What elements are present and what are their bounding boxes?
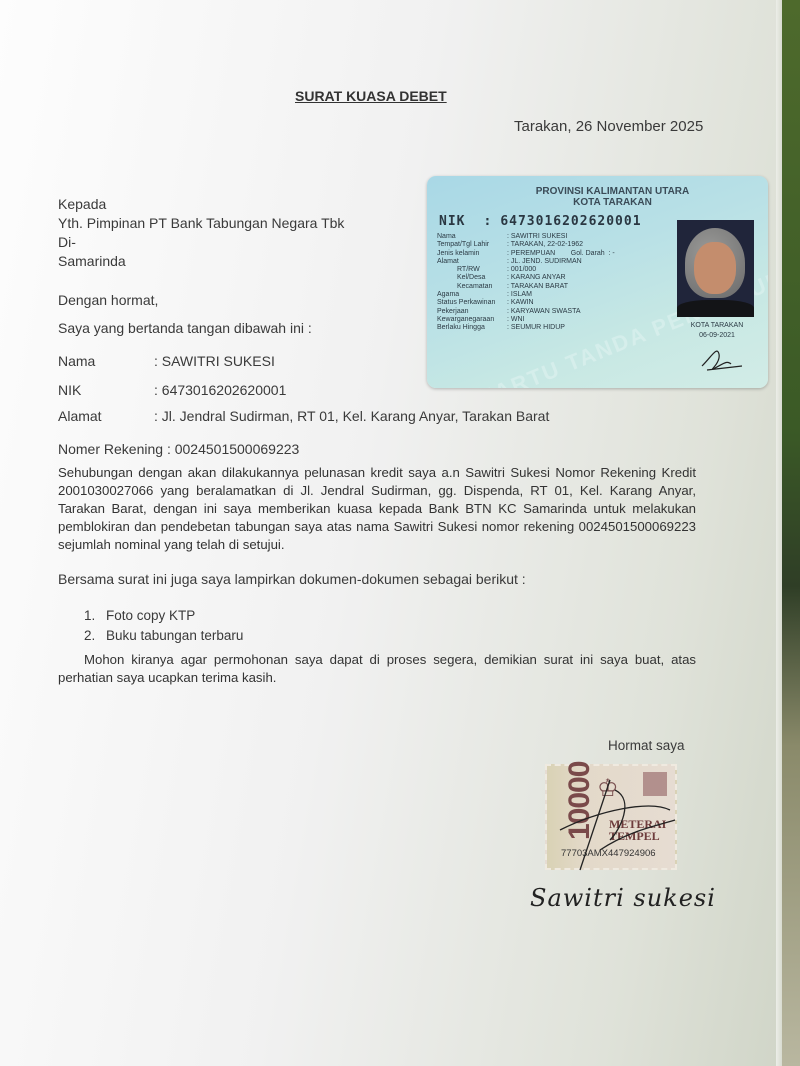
field-row-alamat: Alamat: Jl. Jendral Sudirman, RT 01, Kel… — [58, 408, 549, 424]
field-label: Nomer Rekening — [58, 441, 163, 457]
recipient-block: Kepada Yth. Pimpinan PT Bank Tabungan Ne… — [58, 195, 344, 271]
handwritten-signature: Sawitri sukesi — [530, 884, 716, 912]
signature-scribble-icon — [540, 770, 690, 880]
intro-line: Saya yang bertanda tangan dibawah ini : — [58, 320, 312, 336]
greeting: Dengan hormat, — [58, 292, 158, 308]
ktp-signature-icon — [697, 346, 747, 376]
ktp-field: Status Perkawinan: KAWIN — [437, 299, 615, 307]
field-value: : Jl. Jendral Sudirman, RT 01, Kel. Kara… — [154, 408, 549, 424]
ktp-header: PROVINSI KALIMANTAN UTARA KOTA TARAKAN — [427, 186, 768, 208]
ktp-field: Kecamatan: TARAKAN BARAT — [437, 283, 615, 291]
field-row-rekening: Nomer Rekening : 0024501500069223 — [58, 441, 299, 457]
ktp-field: Tempat/Tgl Lahir: TARAKAN, 22-02-1962 — [437, 241, 615, 249]
body-paragraph: Sehubungan dengan akan dilakukannya pelu… — [58, 464, 696, 554]
letter-title: SURAT KUASA DEBET — [295, 88, 447, 104]
field-row-nama: Nama: SAWITRI SUKESI — [58, 353, 275, 369]
id-card-ktp: KARTU TANDA PENDUDUK PROVINSI KALIMANTAN… — [427, 176, 768, 388]
recipient-line: Di- — [58, 233, 344, 252]
field-row-nik: NIK: 6473016202620001 — [58, 382, 286, 398]
field-label: NIK — [58, 382, 154, 398]
field-value: : 6473016202620001 — [154, 382, 286, 398]
ktp-field: Agama: ISLAM — [437, 291, 615, 299]
ktp-photo — [677, 220, 754, 317]
field-label: Nama — [58, 353, 154, 369]
background-surface — [780, 0, 800, 1066]
ktp-field: Nama: SAWITRI SUKESI — [437, 233, 615, 241]
letter-date: Tarakan, 26 November 2025 — [514, 118, 703, 135]
ktp-field: Jenis kelamin: PEREMPUAN Gol. Darah : - — [437, 250, 615, 258]
ktp-field: Kewarganegaraan: WNI — [437, 316, 615, 324]
ktp-field: Pekerjaan: KARYAWAN SWASTA — [437, 308, 615, 316]
ktp-field: Berlaku Hingga: SEUMUR HIDUP — [437, 324, 615, 332]
field-value: : SAWITRI SUKESI — [154, 353, 275, 369]
recipient-line: Yth. Pimpinan PT Bank Tabungan Negara Tb… — [58, 214, 344, 233]
ktp-issue-info: KOTA TARAKAN 06-09-2021 — [667, 321, 767, 341]
field-label: Alamat — [58, 408, 154, 424]
attachments-intro: Bersama surat ini juga saya lampirkan do… — [58, 571, 526, 587]
attachments-list: 1.Foto copy KTP 2.Buku tabungan terbaru — [84, 606, 243, 646]
ktp-fields: Nama: SAWITRI SUKESI Tempat/Tgl Lahir: T… — [437, 233, 615, 333]
recipient-line: Samarinda — [58, 252, 344, 271]
letter-document: SURAT KUASA DEBET Tarakan, 26 November 2… — [0, 0, 780, 1066]
sign-off: Hormat saya — [608, 738, 685, 753]
ktp-nik: NIK:6473016202620001 — [439, 214, 642, 229]
field-value: : 0024501500069223 — [167, 441, 299, 457]
ktp-field: Kel/Desa: KARANG ANYAR — [437, 274, 615, 282]
list-item: 1.Foto copy KTP — [84, 606, 243, 626]
ktp-field: Alamat: JL. JEND. SUDIRMAN — [437, 258, 615, 266]
ktp-field: RT/RW: 001/000 — [437, 266, 615, 274]
closing-paragraph: Mohon kiranya agar permohonan saya dapat… — [58, 651, 696, 687]
list-item: 2.Buku tabungan terbaru — [84, 626, 243, 646]
recipient-line: Kepada — [58, 195, 344, 214]
